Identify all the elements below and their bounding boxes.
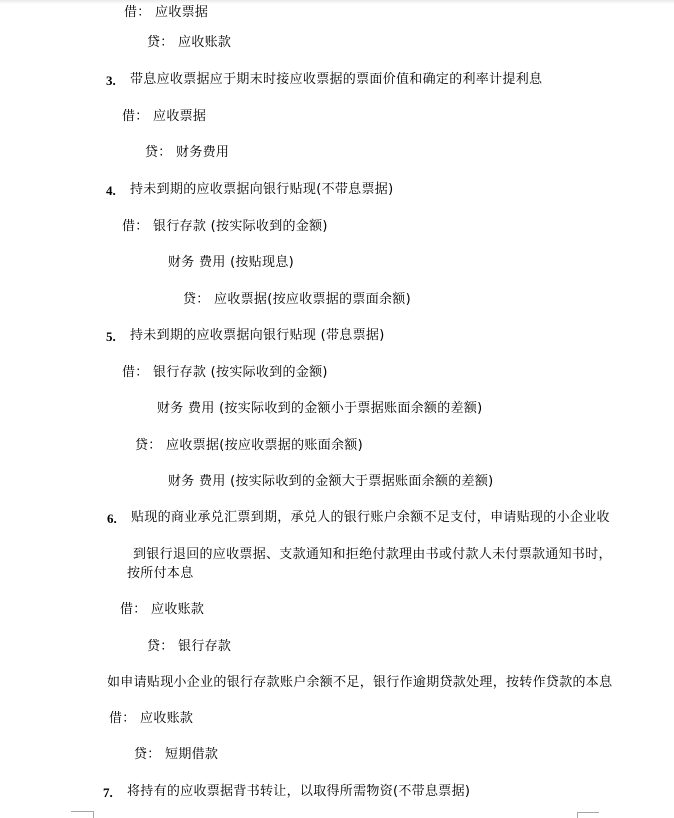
document-text-line[interactable]: 如申请贴现小企业的银行存款账户余额不足，银行作逾期贷款处理，按转作贷款的本息: [107, 675, 612, 690]
document-text-line[interactable]: 借： 应收账款: [109, 711, 193, 726]
document-text-line[interactable]: 带息应收票据应于期末时接应收票据的票面价值和确定的利率计提利息: [130, 72, 542, 87]
list-item-number[interactable]: 5.: [106, 329, 116, 344]
document-text-line[interactable]: 借： 应收票据: [124, 5, 208, 20]
document-text-line[interactable]: 借： 应收票据: [122, 109, 206, 124]
document-text-line[interactable]: 财务 费用 (按实际收到的金额小于票据账面余额的差额): [157, 401, 483, 416]
page-top-shadow: [0, 0, 674, 4]
document-text-line[interactable]: 借： 应收账款: [120, 602, 204, 617]
document-text-line[interactable]: 持未到期的应收票据向银行贴现(不带息票据): [130, 182, 393, 197]
document-text-line[interactable]: 借： 银行存款 (按实际收到的金额): [122, 365, 328, 380]
list-item-number[interactable]: 4.: [106, 183, 116, 198]
document-text-line[interactable]: 到银行退回的应收票据、支款通知和拒绝付款理由书或付款人未付票款通知书时，: [133, 547, 612, 562]
document-text-line[interactable]: 借： 银行存款 (按实际收到的金额): [122, 219, 328, 234]
document-text-line[interactable]: 财务 费用 (按实际收到的金额大于票据账面余额的差额): [168, 474, 494, 489]
document-text-line[interactable]: 财务 费用 (按贴现息): [168, 255, 294, 270]
document-page[interactable]: 借： 应收票据贷： 应收账款3.带息应收票据应于期末时接应收票据的票面价值和确定…: [0, 0, 674, 818]
document-text-line[interactable]: 将持有的应收票据背书转让，以取得所需物资(不带息票据): [127, 784, 470, 799]
text-boundary-mark-right: [577, 812, 599, 818]
document-text-line[interactable]: 持未到期的应收票据向银行贴现 (带息票据): [130, 328, 385, 343]
document-text-line[interactable]: 贷： 短期借款: [134, 747, 218, 762]
list-item-number[interactable]: 3.: [106, 73, 116, 88]
document-text-line[interactable]: 贷： 应收票据(按应收票据的票面余额): [183, 292, 411, 307]
document-text-line[interactable]: 按所付本息: [127, 566, 194, 581]
document-text-line[interactable]: 贷： 应收票据(按应收票据的账面余额): [135, 438, 363, 453]
document-text-line[interactable]: 贷： 银行存款: [147, 639, 231, 654]
document-text-line[interactable]: 贷： 财务费用: [145, 145, 229, 160]
text-boundary-mark-left: [71, 811, 94, 818]
document-text-line[interactable]: 贴现的商业承兑汇票到期，承兑人的银行账户余额不足支付，申请贴现的小企业收: [131, 510, 610, 525]
document-text-line[interactable]: 贷： 应收账款: [147, 35, 231, 50]
list-item-number[interactable]: 6.: [107, 511, 117, 526]
list-item-number[interactable]: 7.: [103, 785, 113, 800]
